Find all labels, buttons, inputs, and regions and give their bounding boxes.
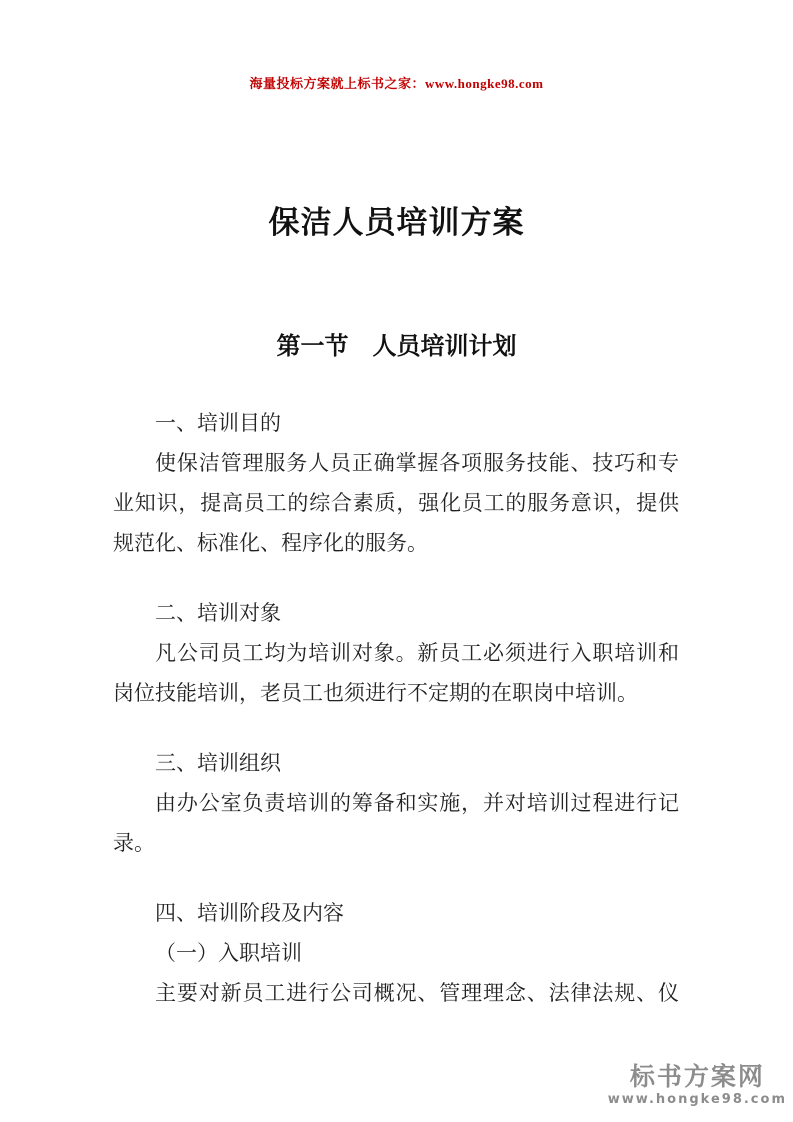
- text-line: 业知识，提高员工的综合素质，强化员工的服务意识，提供: [113, 483, 679, 523]
- text-line: 凡公司员工均为培训对象。新员工必须进行入职培训和: [113, 633, 679, 673]
- text-line: 岗位技能培训，老员工也须进行不定期的在职岗中培训。: [113, 673, 679, 713]
- text-line: [113, 713, 679, 743]
- document-title: 保洁人员培训方案: [0, 197, 793, 242]
- watermark-logo: 标书方案网: [608, 1063, 787, 1091]
- text-line: 主要对新员工进行公司概况、管理理念、法律法规、仪: [113, 973, 679, 1013]
- text-line: [113, 863, 679, 893]
- text-line: 一、培训目的: [113, 403, 679, 443]
- text-line: 由办公室负责培训的筹备和实施，并对培训过程进行记: [113, 783, 679, 823]
- text-line: （一）入职培训: [113, 933, 679, 973]
- document-body: 一、培训目的 使保洁管理服务人员正确掌握各项服务技能、技巧和专 业知识，提高员工…: [113, 403, 679, 1013]
- text-line: [113, 563, 679, 593]
- header-promo-link: 海量投标方案就上标书之家：www.hongke98.com: [0, 73, 793, 92]
- document-page: 海量投标方案就上标书之家：www.hongke98.com 保洁人员培训方案 第…: [0, 0, 793, 1122]
- text-line: 使保洁管理服务人员正确掌握各项服务技能、技巧和专: [113, 443, 679, 483]
- watermark: 标书方案网 www.hongke98.com: [608, 1063, 787, 1108]
- text-line: 录。: [113, 823, 679, 863]
- text-line: 二、培训对象: [113, 593, 679, 633]
- text-line: 三、培训组织: [113, 743, 679, 783]
- text-line: 四、培训阶段及内容: [113, 893, 679, 933]
- section-heading: 第一节 人员培训计划: [0, 326, 793, 361]
- watermark-url: www.hongke98.com: [608, 1091, 787, 1108]
- text-line: 规范化、标准化、程序化的服务。: [113, 523, 679, 563]
